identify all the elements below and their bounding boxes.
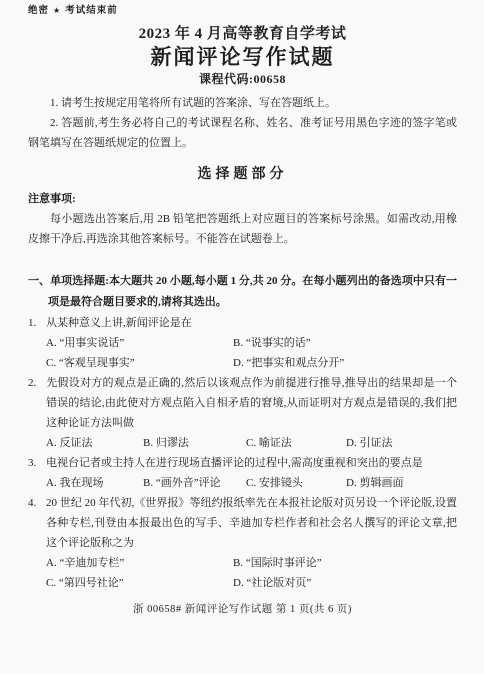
question-2-stem: 先假设对方的观点是正确的,然后以该观点作为前提进行推导,推导出的结果却是一个错误… [46,377,457,429]
question-4-option-c: C. “第四号社论” [46,573,233,593]
question-4-stem: 20 世纪 20 年代初,《世界报》等纽约报纸率先在本报社论版对页另设一个评论版… [46,497,457,549]
classification-banner: 绝密★考试结束前 [28,5,457,17]
question-3-options: A. 我在现场 B. “画外音”评论 C. 安排镜头 D. 剪辑画面 [28,473,457,493]
question-4-number: 4. [28,493,46,513]
question-4-text: 4.20 世纪 20 年代初,《世界报》等纽约报纸率先在本报社论版对页另设一个评… [28,493,457,553]
timing-label: 考试结束前 [65,5,118,16]
question-2: 2.先假设对方的观点是正确的,然后以该观点作为前提进行推导,推导出的结果却是一个… [28,373,457,453]
question-4-option-a: A. “辛迪加专栏” [46,553,233,573]
question-3-number: 3. [28,453,46,473]
question-1-options: A. “用事实说话” B. “说事实的话” C. “客观呈现事实” D. “把事… [28,333,457,373]
instructions-block: 1. 请考生按规定用笔将所有试题的答案涂、写在答题纸上。 2. 答题前,考生务必… [28,93,457,153]
question-3-option-b: B. “画外音”评论 [143,473,246,493]
question-2-option-d: D. 引证法 [346,433,457,453]
question-1-text: 1.从某种意义上讲,新闻评论是在 [28,313,457,333]
instruction-2: 2. 答题前,考生务必将自己的考试课程名称、姓名、准考证号用黑色字迹的签字笔或钢… [28,113,457,153]
notes-label: 注意事项: [28,189,457,209]
question-4-options: A. “辛迪加专栏” B. “国际时事评论” C. “第四号社论” D. “社论… [28,553,457,593]
question-1-stem: 从某种意义上讲,新闻评论是在 [46,317,192,329]
question-2-options: A. 反证法 B. 归谬法 C. 喻证法 D. 引证法 [28,433,457,453]
question-1-option-a: A. “用事实说话” [46,333,233,353]
instruction-1: 1. 请考生按规定用笔将所有试题的答案涂、写在答题纸上。 [28,93,457,113]
page-footer: 浙 00658# 新闻评论写作试题 第 1 页(共 6 页) [28,602,457,617]
question-2-text: 2.先假设对方的观点是正确的,然后以该观点作为前提进行推导,推导出的结果却是一个… [28,373,457,433]
question-3-text: 3.电视台记者或主持人在进行现场直播评论的过程中,需高度重视和突出的要点是 [28,453,457,473]
paper-title: 新闻评论写作试题 [28,44,457,70]
question-4-option-d: D. “社论版对页” [233,573,457,593]
question-4-option-b: B. “国际时事评论” [233,553,457,573]
question-2-option-a: A. 反证法 [46,433,143,453]
exam-session-title: 2023 年 4 月高等教育自学考试 [28,24,457,44]
part1-heading: 一、单项选择题:本大题共 20 小题,每小题 1 分,共 20 分。在每小题列出… [28,271,457,313]
question-1-number: 1. [28,313,46,333]
question-1-option-b: B. “说事实的话” [233,333,457,353]
question-2-option-b: B. 归谬法 [143,433,246,453]
question-3-option-d: D. 剪辑画面 [346,473,457,493]
question-4: 4.20 世纪 20 年代初,《世界报》等纽约报纸率先在本报社论版对页另设一个评… [28,493,457,593]
course-code: 课程代码:00658 [28,72,457,87]
exam-paper-page: 绝密★考试结束前 2023 年 4 月高等教育自学考试 新闻评论写作试题 课程代… [0,0,484,674]
secrecy-label: 绝密 [28,5,49,16]
question-3-stem: 电视台记者或主持人在进行现场直播评论的过程中,需高度重视和突出的要点是 [46,457,423,469]
question-2-number: 2. [28,373,46,393]
question-3: 3.电视台记者或主持人在进行现场直播评论的过程中,需高度重视和突出的要点是 A.… [28,453,457,493]
section-title: 选择题部分 [28,163,457,183]
question-1-option-d: D. “把事实和观点分开” [233,353,457,373]
question-3-option-a: A. 我在现场 [46,473,143,493]
question-1-option-c: C. “客观呈现事实” [46,353,233,373]
notes-body: 每小题选出答案后,用 2B 铅笔把答题纸上对应题目的答案标号涂黑。如需改动,用橡… [28,209,457,249]
star-icon: ★ [53,6,61,15]
question-2-option-c: C. 喻证法 [246,433,346,453]
question-3-option-c: C. 安排镜头 [246,473,346,493]
question-1: 1.从某种意义上讲,新闻评论是在 A. “用事实说话” B. “说事实的话” C… [28,313,457,373]
